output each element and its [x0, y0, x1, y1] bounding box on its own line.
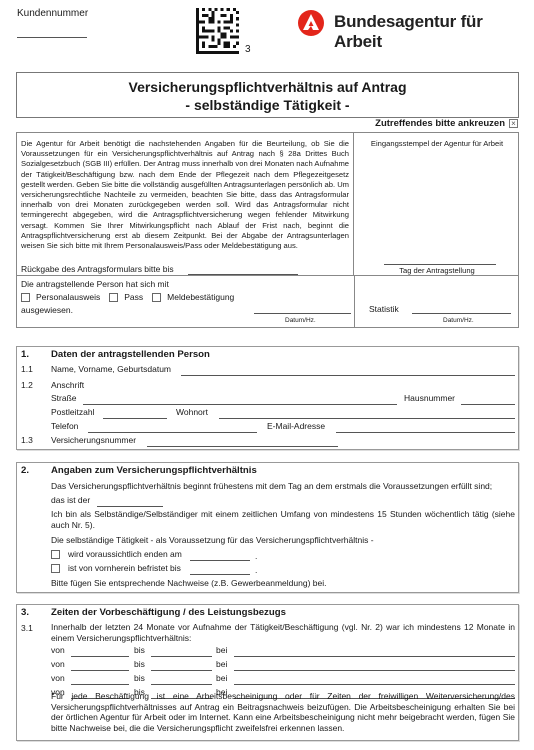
fixed-term-date-field[interactable]: [190, 574, 250, 575]
section-number: 2.: [21, 465, 29, 476]
hint-text: Zutreffendes bitte ankreuzen: [375, 118, 505, 129]
section-3: 3. Zeiten der Vorbeschäftigung / des Lei…: [16, 604, 519, 741]
bis-field[interactable]: [151, 684, 212, 685]
checkbox-hint: Zutreffendes bitte ankreuzen ×: [375, 118, 518, 129]
checkbox[interactable]: [21, 293, 30, 302]
bis-label: bis: [134, 659, 145, 669]
von-label: von: [51, 659, 65, 669]
expected-end-date-field[interactable]: [190, 560, 250, 561]
section-title: Zeiten der Vorbeschäftigung / des Leistu…: [51, 607, 286, 618]
email-field[interactable]: [336, 432, 515, 433]
option-label: ist von vornherein befristet bis: [68, 563, 181, 573]
ba-logo-icon: [298, 10, 324, 36]
section-title: Angaben zum Versicherungspflichtverhältn…: [51, 465, 257, 476]
statistik-field[interactable]: [412, 313, 511, 314]
activity-intro: Die selbständige Tätigkeit - als Vorauss…: [51, 535, 374, 545]
checkbox[interactable]: [109, 293, 118, 302]
bis-label: bis: [134, 673, 145, 683]
section-title: Daten der antragstellenden Person: [51, 349, 210, 360]
item-number: 3.1: [21, 623, 33, 633]
insurance-number-label: Versicherungsnummer: [51, 435, 136, 445]
bei-field[interactable]: [234, 656, 515, 657]
option-label: Meldebestätigung: [167, 292, 234, 302]
item-number: 1.3: [21, 435, 33, 445]
section-2: 2. Angaben zum Versicherungspflichtverhä…: [16, 462, 519, 593]
checkbox[interactable]: [152, 293, 161, 302]
option-pass[interactable]: Pass: [109, 292, 143, 302]
bei-field[interactable]: [234, 670, 515, 671]
form-title: Versicherungspflichtverhältnis auf Antra…: [17, 79, 518, 95]
customer-number-field[interactable]: [17, 37, 87, 38]
option-label: Pass: [124, 292, 143, 302]
bei-field[interactable]: [234, 684, 515, 685]
date-signature-field[interactable]: [254, 313, 351, 314]
id-suffix-text: ausgewiesen.: [21, 305, 73, 315]
bei-label: bei: [216, 673, 227, 683]
city-label: Wohnort: [176, 407, 208, 417]
start-date-field[interactable]: [97, 506, 163, 507]
checkbox[interactable]: [51, 550, 60, 559]
von-label: von: [51, 673, 65, 683]
address-label: Anschrift: [51, 380, 84, 390]
insurance-number-field[interactable]: [147, 446, 338, 447]
zip-field[interactable]: [103, 418, 167, 419]
info-box: Die Agentur für Arbeit benötigt die nach…: [16, 132, 519, 328]
bei-label: bei: [216, 659, 227, 669]
city-field[interactable]: [219, 418, 515, 419]
application-day-label: Tag der Antragstellung: [355, 266, 519, 275]
bis-field[interactable]: [151, 670, 212, 671]
id-options: Personalausweis Pass Meldebestätigung: [21, 292, 243, 302]
stamp-label: Eingangsstempel der Agentur für Arbeit: [355, 139, 519, 148]
statistik-label: Statistik: [369, 304, 399, 314]
phone-field[interactable]: [88, 432, 257, 433]
start-date-label: das ist der: [51, 495, 90, 505]
option-expected-end[interactable]: wird voraussichtlich enden am: [51, 549, 182, 559]
option-label: wird voraussichtlich enden am: [68, 549, 182, 559]
von-field[interactable]: [71, 670, 129, 671]
house-number-label: Hausnummer: [404, 393, 455, 403]
option-meldebestaetigung[interactable]: Meldebestätigung: [152, 292, 234, 302]
bis-field[interactable]: [151, 656, 212, 657]
start-text: Das Versicherungspflichtverhältnis begin…: [51, 481, 492, 491]
street-label: Straße: [51, 393, 77, 403]
form-title-box: Versicherungspflichtverhältnis auf Antra…: [16, 72, 519, 118]
note-text: Für jede Beschäftigung ist eine Arbeitsb…: [51, 691, 515, 733]
house-number-field[interactable]: [461, 404, 515, 405]
bis-label: bis: [134, 645, 145, 655]
street-field[interactable]: [83, 404, 397, 405]
phone-label: Telefon: [51, 421, 78, 431]
von-field[interactable]: [71, 656, 129, 657]
barcode-page-number: 3: [245, 44, 251, 55]
agency-name: Bundesagentur für Arbeit: [334, 12, 534, 52]
name-label: Name, Vorname, Geburtsdatum: [51, 364, 171, 374]
customer-number-label: Kundennummer: [17, 8, 88, 19]
divider: [354, 275, 355, 328]
form-subtitle: - selbständige Tätigkeit -: [17, 97, 518, 113]
id-intro-text: Die antragstellende Person hat sich mit: [21, 279, 169, 289]
option-fixed-term[interactable]: ist von vornherein befristet bis: [51, 563, 181, 573]
von-label: von: [51, 645, 65, 655]
name-field[interactable]: [181, 375, 515, 376]
checkbox[interactable]: [51, 564, 60, 573]
option-label: Personalausweis: [36, 292, 100, 302]
proof-text: Bitte fügen Sie entsprechende Nachweise …: [51, 578, 326, 588]
item-number: 1.2: [21, 380, 33, 390]
datamatrix-barcode-icon: [196, 8, 239, 54]
bei-label: bei: [216, 645, 227, 655]
date-signature-label: Datum/Hz.: [285, 317, 316, 324]
statistik-date-label: Datum/Hz.: [443, 317, 474, 324]
email-label: E-Mail-Adresse: [267, 421, 325, 431]
hours-text: Ich bin als Selbständige/Selbständiger m…: [51, 509, 515, 530]
option-personalausweis[interactable]: Personalausweis: [21, 292, 100, 302]
example-checked-box-icon: ×: [509, 119, 518, 128]
application-day-field[interactable]: [384, 264, 496, 265]
section-1: 1. Daten der antragstellenden Person 1.1…: [16, 346, 519, 450]
zip-label: Postleitzahl: [51, 407, 94, 417]
section-number: 3.: [21, 607, 29, 618]
sub-text: Innerhalb der letzten 24 Monate vor Aufn…: [51, 622, 515, 643]
period: .: [255, 565, 257, 575]
section-number: 1.: [21, 349, 29, 360]
item-number: 1.1: [21, 364, 33, 374]
divider: [17, 275, 519, 276]
return-date-label: Rückgabe des Antragsformulars bitte bis: [21, 264, 174, 274]
von-field[interactable]: [71, 684, 129, 685]
info-text: Die Agentur für Arbeit benötigt die nach…: [21, 139, 349, 251]
period: .: [255, 551, 257, 561]
